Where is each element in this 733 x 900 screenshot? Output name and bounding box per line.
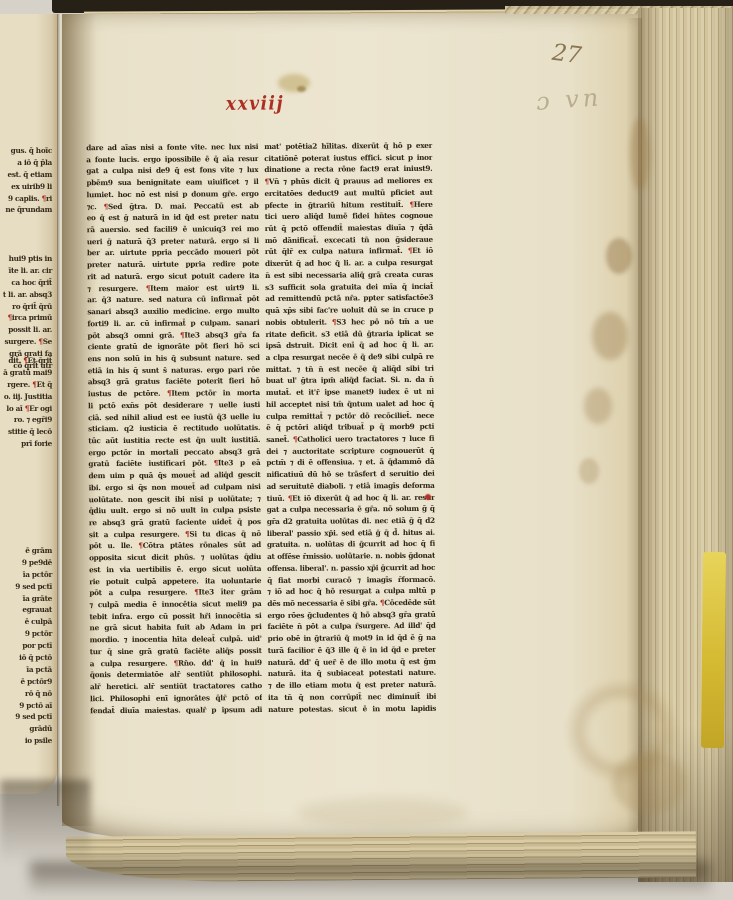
text-line: turā facilior ē q̄3 ille q̄ ē in id q̄d …: [268, 644, 436, 657]
pilcrow-rubric: ¶: [146, 283, 150, 292]
text-line: ad seruitutē diaboli. ⁊ etiā imagīs defo…: [267, 480, 435, 493]
pilcrow-rubric: ¶: [332, 317, 336, 326]
pilcrow-rubric: ¶: [104, 202, 108, 211]
pilcrow-rubric: ¶: [138, 541, 142, 550]
text-column-left: dare ad aīas nisi a fonte vite. nec lux …: [86, 141, 262, 716]
text-line: at offēse r̄missio. uolūtarie. n. nobis …: [267, 550, 435, 563]
text-line: mordio. ⁊ inocentia hīta deleat̄ culpā. …: [90, 633, 262, 646]
pilcrow-rubric: ¶: [408, 246, 412, 255]
text-line: pbēm9 sua benignitate eam uiuificet ⁊ il: [86, 176, 258, 189]
pilcrow-rubric: ¶: [288, 493, 292, 502]
pilcrow-rubric: ¶: [194, 588, 198, 597]
stain: [298, 798, 468, 828]
text-line: sanari absq3 auxilio medicine. ergo mult…: [87, 305, 259, 318]
text-line: hil acceptet nisi tm̄ q̄ntum ualet ad ho…: [266, 398, 434, 411]
pilcrow-rubric: ¶: [180, 330, 184, 339]
pilcrow-rubric: ¶: [185, 529, 189, 538]
pilcrow-rubric: ¶: [167, 389, 171, 398]
text-line: gr̄a d2 gratuita uolūtas di. nec etiā ḡ …: [267, 515, 435, 528]
text-line: nificatiuū dū hō se trāsfert d seruitio …: [266, 468, 434, 481]
stain: [612, 752, 686, 814]
pilcrow-rubric: ¶: [380, 598, 384, 607]
text-line: dare ad aīas nisi a fonte vite. nec lux …: [86, 141, 258, 154]
stain: [630, 118, 650, 190]
text-line: re absq3 grā gratū faciente uidet̄ q̄ po…: [89, 516, 261, 529]
pilcrow-rubric: ¶: [409, 200, 413, 209]
text-line: est in via uertibilis ē. ergo sicut uolū…: [89, 563, 261, 576]
text-line: li pctō exn̄s pōt desiderare ⁊ uelle ius…: [88, 399, 260, 412]
text-line: rit ad naturā. ergo sicut potuit cadere …: [87, 270, 259, 283]
text-line: forti9 li. ar. cū infirmat̄ p culpam. sa…: [87, 317, 259, 330]
text-line: ibi. ergo si q̄s non mouet̄ ad culpam ni…: [89, 481, 261, 494]
text-line: rūt q̄ pctō offendit̄ maiestas diuīa ⁊ q…: [265, 222, 433, 235]
text-line: nature potestas. sicut ē in motu lapidis: [268, 702, 436, 715]
text-line: opposita sicut dicit phūs. ⁊ uolūtas q̄d…: [89, 551, 261, 564]
stain: [592, 312, 628, 360]
text-line: n̄ est sibi necessaria aliq̄ grā creata …: [265, 269, 433, 282]
text-column-right: mat' potētia2 hīlitas. dixerūt q̄ hō p e…: [264, 140, 436, 715]
text-line: dem uim p quā q̄s mouet̄ ad aliq̄d gesci…: [88, 469, 260, 482]
stain: [606, 238, 632, 274]
text-line: mutat̄. et it'r̄ ipse manet9 iudex ē ut …: [266, 386, 434, 399]
book-photo: gus. q̄ hoīca iō q̄ p̄laest. q̄ etiamex …: [0, 0, 733, 900]
text-line: dēs mō necessaria ē sibi gr̄a. ¶Cōcedēde…: [267, 597, 435, 610]
pilcrow-rubric: ¶: [293, 435, 297, 444]
text-line: lici. Philosophi enī ignorātes q̄lr̄ pct…: [90, 692, 262, 705]
text-line: ¶Vn̄ ⁊ phūs dicit q̄ prauus ad meliores …: [264, 175, 432, 188]
pilcrow-rubric: ¶: [174, 658, 178, 667]
text-line: offensa. liberal'. n. passio xp̄i ḡcurri…: [267, 562, 435, 575]
text-line: lumiet. hoc nō est nisi p donum gr̄e. er…: [86, 188, 258, 201]
text-line: ens non solū in his q̄ subsunt nature. s…: [88, 352, 260, 365]
text-line: tūc aūt iustitia recte est q̄n uult iust…: [88, 434, 260, 447]
stain: [579, 458, 599, 484]
text-line: ercitatōes deduct9 aut multū pficiet aut: [264, 187, 432, 200]
pilcrow-rubric: ¶: [214, 459, 218, 468]
text-line: sanet̄. ¶Catholici uero tractatores ⁊ lu…: [266, 433, 434, 446]
stain: [584, 388, 612, 424]
red-ink-dot: [425, 494, 431, 500]
text-line: ⁊ culpā media ē innocētia sicut meli9 pa: [89, 598, 261, 611]
text-line: tur q̄ sine grā gratū faciēte aliq̄s pos…: [90, 645, 262, 658]
text-line: mat' potētia2 hīlitas. dixerūt q̄ hō p e…: [264, 140, 432, 153]
text-line: iustus de pctōre. ¶Item pctōr in morta: [88, 387, 260, 400]
text-line: prio obē in ḡtrariū q̄ mot9 in id q̄d ē …: [268, 632, 436, 645]
text-line: alr̄ heretici. alr̄ sentiūt tractatores …: [90, 680, 262, 693]
pilcrow-rubric: ¶: [264, 177, 268, 186]
text-line: quā xp̄s sibi fac're uoluit dū se in cru…: [265, 304, 433, 317]
text-line: rā auersio. sed facili9 ē unicuiq3 rei m…: [87, 223, 259, 236]
text-line: ita tn̄ q̄ non corrūpit̄ nec diminuit̄ i…: [268, 691, 436, 704]
text-line: dixerūt q̄ ad hoc q̄ li. ar. a culpa res…: [265, 257, 433, 270]
text-line: ⁊ de illo etiam motu q̄ est preter natur…: [268, 679, 436, 692]
stain: [297, 86, 306, 92]
text-line: a clpa resurgat necēe ē q̄ de9 sibi culp…: [266, 351, 434, 364]
text-line: nobis obtulerit. ¶S3 hec pō nō tm̄ a ue: [265, 316, 433, 329]
text-line: fendat̄ diuīa maiestas. qualr̄ p ipsum a…: [90, 703, 262, 716]
chapter-heading: xxviij: [226, 92, 356, 115]
